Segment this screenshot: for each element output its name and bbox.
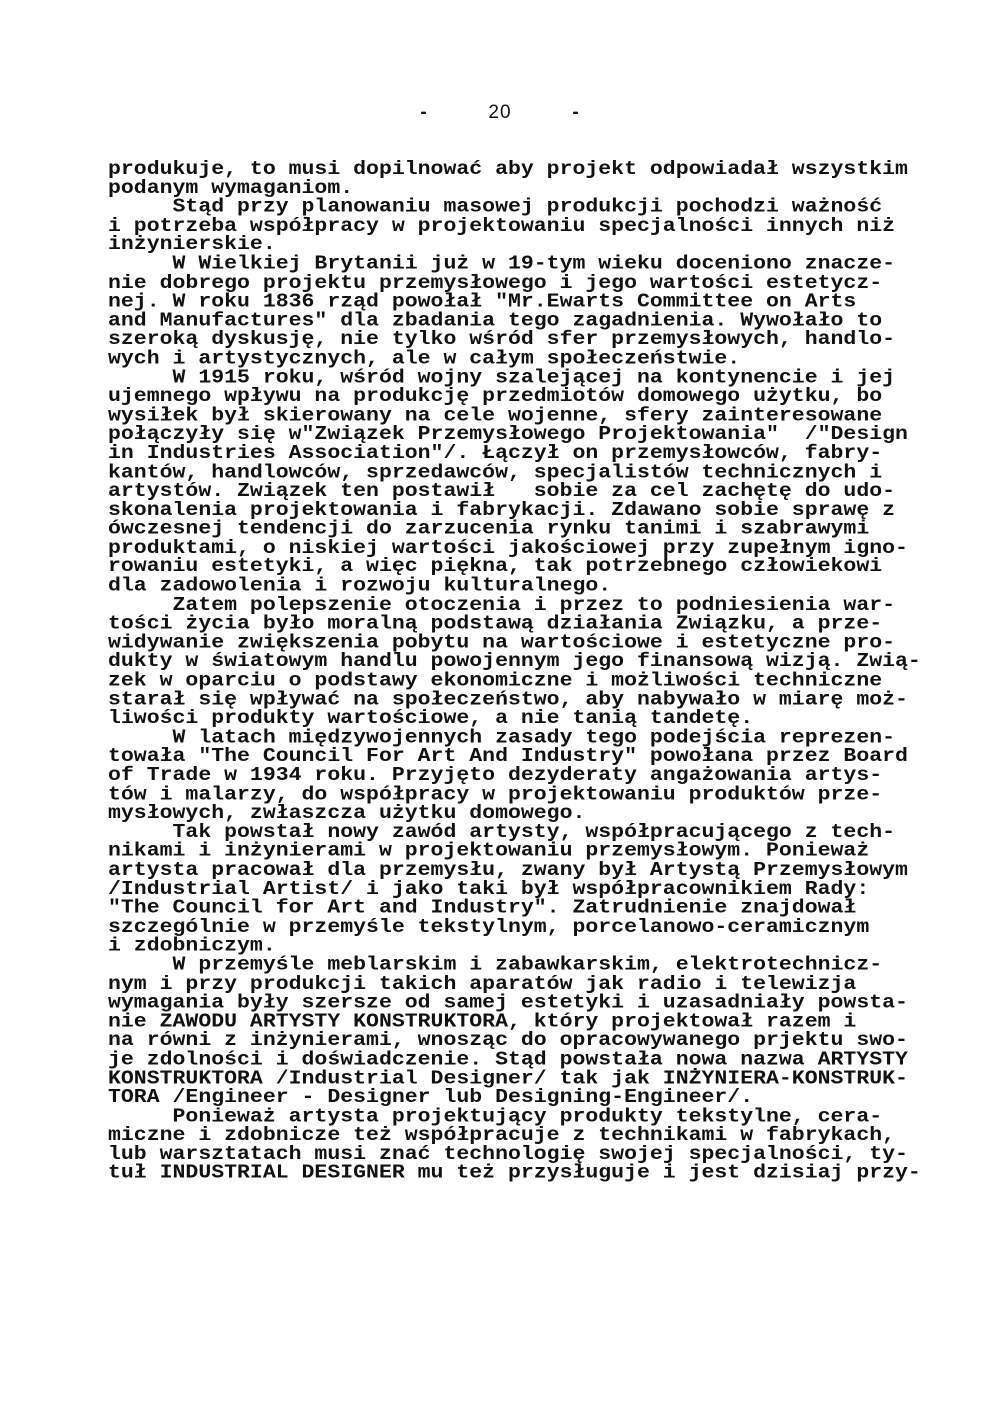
text-line: artysta pracował dla przemysłu, zwany by… [108, 861, 928, 880]
text-line: W przemyśle meblarskim i zabawkarskim, e… [108, 956, 928, 975]
text-line: połączyły się w"Związek Przemysłowego Pr… [108, 425, 928, 444]
text-line: wymagania były szersze od samej estetyki… [108, 994, 928, 1013]
page-number-dash-right: - [569, 102, 583, 124]
text-line: tości życia było moralną podstawą działa… [108, 615, 928, 634]
text-line: of Trade w 1934 roku. Przyjęto dezyderat… [108, 766, 928, 785]
text-line: wysiłek był skierowany na cele wojenne, … [108, 406, 928, 425]
text-line: produktami, o niskiej wartości jakościow… [108, 539, 928, 558]
text-line: W latach międzywojennych zasady tego pod… [108, 728, 928, 747]
text-line: mysłowych, zwłaszcza użytku domowego. [108, 804, 928, 823]
text-line: wych i artystycznych, ale w całym społec… [108, 349, 928, 368]
text-line: miczne i zdobnicze też współpracuje z te… [108, 1126, 928, 1145]
text-line: dla zadowolenia i rozwoju kulturalnego. [108, 577, 928, 596]
text-line: nej. W roku 1836 rząd powołał "Mr.Ewarts… [108, 293, 928, 312]
text-line: TORA /Engineer - Designer lub Designing-… [108, 1088, 928, 1107]
text-line: dukty w światowym handlu powojennym jego… [108, 653, 928, 672]
text-line: in Industries Association"/. Łączył on p… [108, 444, 928, 463]
text-line: Ponieważ artysta projektujący produkty t… [108, 1107, 928, 1126]
text-line: /Industrial Artist/ i jako taki był wspó… [108, 880, 928, 899]
text-line: artystów. Związek ten postawił sobie za … [108, 482, 928, 501]
text-line: nie ZAWODU ARTYSTY KONSTRUKTORA, który p… [108, 1013, 928, 1032]
text-line: and Manufactures" dla zbadania tego zaga… [108, 312, 928, 331]
text-line: Tak powstał nowy zawód artysty, współpra… [108, 823, 928, 842]
text-line: produkuje, to musi dopilnować aby projek… [108, 160, 928, 179]
text-line: Zatem polepszenie otoczenia i przez to p… [108, 596, 928, 615]
text-line: W Wielkiej Brytanii już w 19-tym wieku d… [108, 255, 928, 274]
page-number: -20- [0, 102, 1000, 124]
text-line: lub warsztatach musi znać technologię sw… [108, 1145, 928, 1164]
text-line: i zdobniczym. [108, 937, 928, 956]
text-line: nie dobrego projektu przemysłowego i jeg… [108, 274, 928, 293]
text-line: szczególnie w przemyśle tekstylnym, porc… [108, 918, 928, 937]
text-line: skonalenia projektowania i fabrykacji. Z… [108, 501, 928, 520]
text-line: na równi z inżynierami, wnosząc do oprac… [108, 1032, 928, 1051]
text-line: i potrzeba współpracy w projektowaniu sp… [108, 217, 928, 236]
text-line: ujemnego wpływu na produkcję przedmiotów… [108, 387, 928, 406]
text-line: "The Council for Art and Industry". Zatr… [108, 899, 928, 918]
text-line: towała "The Council For Art And Industry… [108, 747, 928, 766]
text-line: Stąd przy planowaniu masowej produkcji p… [108, 198, 928, 217]
page-number-dash-left: - [417, 102, 431, 124]
text-line: szeroką dyskusję, nie tylko wśród sfer p… [108, 331, 928, 350]
text-line: tuł INDUSTRIAL DESIGNER mu też przysługu… [108, 1164, 928, 1183]
text-line: W 1915 roku, wśród wojny szalejącej na k… [108, 368, 928, 387]
text-line: nikami i inżynierami w projektowaniu prz… [108, 842, 928, 861]
text-line: liwości produkty wartościowe, a nie tani… [108, 709, 928, 728]
text-line: tów i malarzy, do współpracy w projektow… [108, 785, 928, 804]
text-line: nym i przy produkcji takich aparatów jak… [108, 975, 928, 994]
text-line: zek w oparciu o podstawy ekonomiczne i m… [108, 672, 928, 691]
text-line: KONSTRUKTORA /Industrial Designer/ tak j… [108, 1069, 928, 1088]
text-line: starał się wpływać na społeczeństwo, aby… [108, 690, 928, 709]
page-number-value: 20 [455, 102, 545, 124]
text-line: rowaniu estetyki, a więc piękna, tak pot… [108, 558, 928, 577]
body-text: produkuje, to musi dopilnować aby projek… [108, 160, 928, 1183]
text-line: je zdolności i doświadczenie. Stąd powst… [108, 1050, 928, 1069]
text-line: kantów, handlowców, sprzedawców, specjal… [108, 463, 928, 482]
text-line: inżynierskie. [108, 236, 928, 255]
text-line: widywanie zwiększenia pobytu na wartości… [108, 634, 928, 653]
text-line: ówczesnej tendencji do zarzucenia rynku … [108, 520, 928, 539]
text-line: podanym wymaganiom. [108, 179, 928, 198]
